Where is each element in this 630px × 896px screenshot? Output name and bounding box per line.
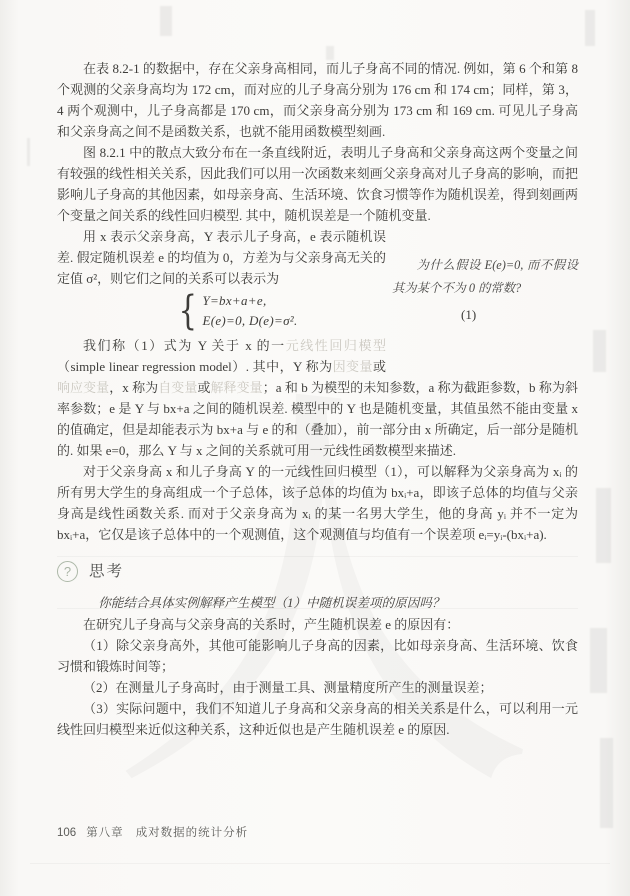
highlighted-term: 响应变量	[57, 380, 109, 395]
text-segment: ，x 称为	[109, 380, 158, 395]
answer-item-2: （2）在测量儿子身高时，由于测量工具、测量精度所产生的测量误差；	[57, 677, 578, 698]
question-mark-icon: ?	[57, 561, 78, 582]
page-number: 106	[57, 827, 76, 839]
highlighted-term: 元线性回归模型	[286, 338, 386, 353]
text-segment: 或	[373, 359, 386, 374]
answer-intro: 在研究儿子身高与父亲身高的关系时，产生随机误差 e 的原因有：	[57, 614, 578, 635]
equation-line-2: E(e)=0, D(e)=σ².	[202, 311, 297, 331]
scan-artifact	[27, 138, 30, 166]
scan-artifact	[160, 6, 172, 36]
paragraph-scatter-linear-relation: 图 8.2.1 中的散点大致分布在一条直线附近，表明儿子身高和父亲身高这两个变量…	[57, 142, 578, 226]
text-segment: 或	[197, 380, 210, 395]
paragraph-model-interpretation: 对于父亲身高 x 和儿子身高 Y 的一元线性回归模型（1），可以解释为父亲身高为…	[57, 461, 578, 545]
paragraph-data-observation: 在表 8.2-1 的数据中，存在父亲身高相同，而儿子身高不同的情况. 例如，第 …	[57, 58, 578, 142]
footer-rule	[30, 863, 610, 864]
answer-item-3: （3）实际问题中，我们不知道儿子身高和父亲身高的相关关系是什么，可以利用一元线性…	[57, 698, 578, 740]
text-segment: 我们称（1）式为 Y 关于 x 的一	[83, 338, 286, 353]
answer-item-1: （1）除父亲身高外，其他可能影响儿子身高的因素，比如母亲身高、生活环境、饮食习惯…	[57, 635, 578, 677]
chapter-title: 成对数据的统计分析	[136, 827, 249, 839]
chapter-label: 第八章	[86, 827, 124, 839]
page-footer: 106第八章成对数据的统计分析	[57, 824, 248, 840]
equation-line-1: Y=bx+a+e,	[202, 291, 297, 311]
highlighted-term: 解释变量	[211, 380, 263, 395]
scan-artifact	[590, 628, 607, 693]
think-label: 思考	[89, 561, 124, 582]
model-derivation-block: 为什么假设 E(e)=0, 而不假设其为某个不为 0 的常数? 用 x 表示父亲…	[57, 226, 578, 461]
brace-glyph: {	[179, 301, 197, 322]
text-segment: （simple linear regression model）. 其中，Y 称…	[57, 359, 333, 374]
think-header: ? 思考	[57, 559, 578, 583]
textbook-page: 人 在表 8.2-1 的数据中，存在父亲身高相同，而儿子身高不同的情况. 例如，…	[0, 0, 630, 896]
text-column: 在表 8.2-1 的数据中，存在父亲身高相同，而儿子身高不同的情况. 例如，第 …	[57, 58, 578, 740]
equation-number: (1)	[461, 304, 476, 325]
highlighted-term: 自变量	[158, 380, 197, 395]
scan-artifact	[593, 330, 606, 372]
equation-1: {Y=bx+a+e,E(e)=0, D(e)=σ². (1)	[57, 291, 578, 331]
equation-lines: Y=bx+a+e,E(e)=0, D(e)=σ².	[202, 291, 297, 331]
scan-artifact	[600, 738, 613, 828]
scan-artifact	[596, 488, 611, 563]
highlighted-term: 因变量	[333, 359, 373, 374]
scan-artifact	[585, 10, 595, 46]
think-question: 你能结合具体实例解释产生模型（1）中随机误差项的原因吗？	[73, 593, 578, 614]
think-section: ? 思考 你能结合具体实例解释产生模型（1）中随机误差项的原因吗？	[57, 559, 578, 614]
